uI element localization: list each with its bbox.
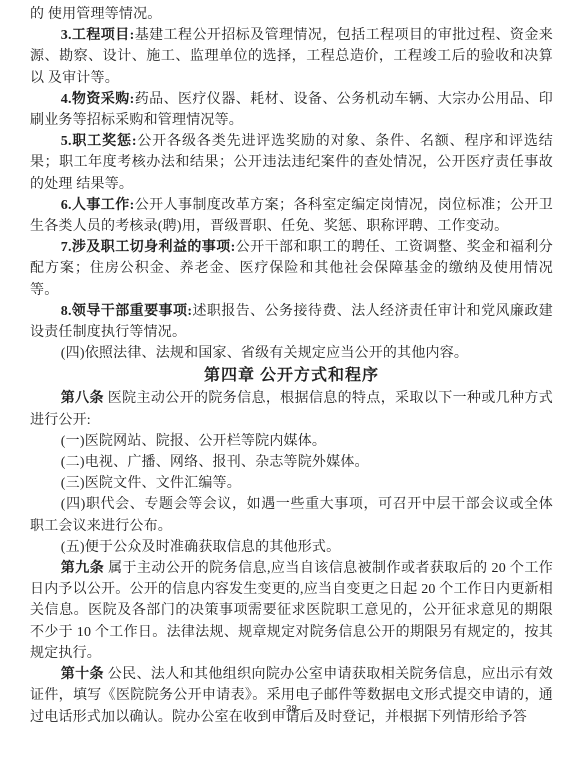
paragraph-list-item-2: (二)电视、广播、网络、报刊、杂志等院外媒体。 bbox=[30, 452, 553, 473]
paragraph-item-4: 4.物资采购:药品、医疗仪器、耗材、设备、公务机动车辆、大宗办公用品、印刷业务等… bbox=[30, 89, 553, 131]
page-body: 的 使用管理等情况。 3.工程项目:基建工程公开招标及管理情况，包括工程项目的审… bbox=[0, 0, 583, 728]
paragraph-label: 6.人事工作: bbox=[61, 198, 135, 213]
paragraph-label: 4.物资采购: bbox=[61, 92, 135, 107]
paragraph-subitem-4: (四)依照法律、法规和国家、省级有关规定应当公开的其他内容。 bbox=[30, 343, 553, 364]
paragraph-article-10: 第十条 公民、法人和其他组织向院办公室申请获取相关院务信息，应出示有效证件，填写… bbox=[30, 664, 553, 728]
paragraph-list-item-3: (三)医院文件、文件汇编等。 bbox=[30, 473, 553, 494]
paragraph-text: (四)依照法律、法规和国家、省级有关规定应当公开的其他内容。 bbox=[61, 346, 468, 361]
paragraph-item-8: 8.领导干部重要事项:述职报告、公务接待费、法人经济责任审计和党风廉政建设责任制… bbox=[30, 301, 553, 343]
paragraph-item-3: 3.工程项目:基建工程公开招标及管理情况，包括工程项目的审批过程、资金来源、勘察… bbox=[30, 25, 553, 89]
paragraph-article-9: 第九条 属于主动公开的院务信息,应当自该信息被制作或者获取后的 20 个工作日内… bbox=[30, 558, 553, 664]
paragraph-item-6: 6.人事工作:公开人事制度改革方案；各科室定编定岗情况，岗位标准；公开卫生各类人… bbox=[30, 195, 553, 237]
paragraph-continuation: 的 使用管理等情况。 bbox=[30, 4, 553, 25]
page-number: -38- bbox=[0, 702, 583, 716]
paragraph-text: 医院主动公开的院务信息，根据信息的特点，采取以下一种或几种方式进行公开: bbox=[30, 391, 553, 427]
paragraph-item-7: 7.涉及职工切身利益的事项:公开干部和职工的聘任、工资调整、奖金和福利分配方案；… bbox=[30, 237, 553, 301]
paragraph-text: 的 使用管理等情况。 bbox=[30, 7, 162, 22]
article-number-label: 第十条 bbox=[61, 667, 104, 682]
paragraph-label: 7.涉及职工切身利益的事项: bbox=[61, 240, 236, 255]
paragraph-list-item-1: (一)医院网站、院报、公开栏等院内媒体。 bbox=[30, 431, 553, 452]
paragraph-label: 8.领导干部重要事项: bbox=[61, 304, 192, 319]
paragraph-label: 5.职工奖惩: bbox=[61, 134, 137, 149]
chapter-heading: 第四章 公开方式和程序 bbox=[30, 365, 553, 387]
paragraph-label: 3.工程项目: bbox=[61, 28, 135, 43]
paragraph-item-5: 5.职工奖惩:公开各级各类先进评选奖励的对象、条件、名额、程序和评选结果；职工年… bbox=[30, 131, 553, 195]
paragraph-text: (三)医院文件、文件汇编等。 bbox=[61, 476, 241, 491]
paragraph-text: (二)电视、广播、网络、报刊、杂志等院外媒体。 bbox=[61, 455, 369, 470]
paragraph-list-item-5: (五)便于公众及时准确获取信息的其他形式。 bbox=[30, 537, 553, 558]
paragraph-text: 属于主动公开的院务信息,应当自该信息被制作或者获取后的 20 个工作日内予以公开… bbox=[30, 561, 553, 661]
paragraph-list-item-4: (四)职代会、专题会等会议，如遇一些重大事项，可召开中层干部会议或全体职工会议来… bbox=[30, 494, 553, 536]
article-number-label: 第八条 bbox=[61, 391, 104, 406]
paragraph-article-8: 第八条 医院主动公开的院务信息，根据信息的特点，采取以下一种或几种方式进行公开: bbox=[30, 388, 553, 430]
paragraph-text: (五)便于公众及时准确获取信息的其他形式。 bbox=[61, 540, 341, 555]
paragraph-text: (一)医院网站、院报、公开栏等院内媒体。 bbox=[61, 434, 326, 449]
article-number-label: 第九条 bbox=[61, 561, 104, 576]
document-page: 的 使用管理等情况。 3.工程项目:基建工程公开招标及管理情况，包括工程项目的审… bbox=[0, 0, 583, 758]
paragraph-text: (四)职代会、专题会等会议，如遇一些重大事项，可召开中层干部会议或全体职工会议来… bbox=[30, 497, 553, 533]
